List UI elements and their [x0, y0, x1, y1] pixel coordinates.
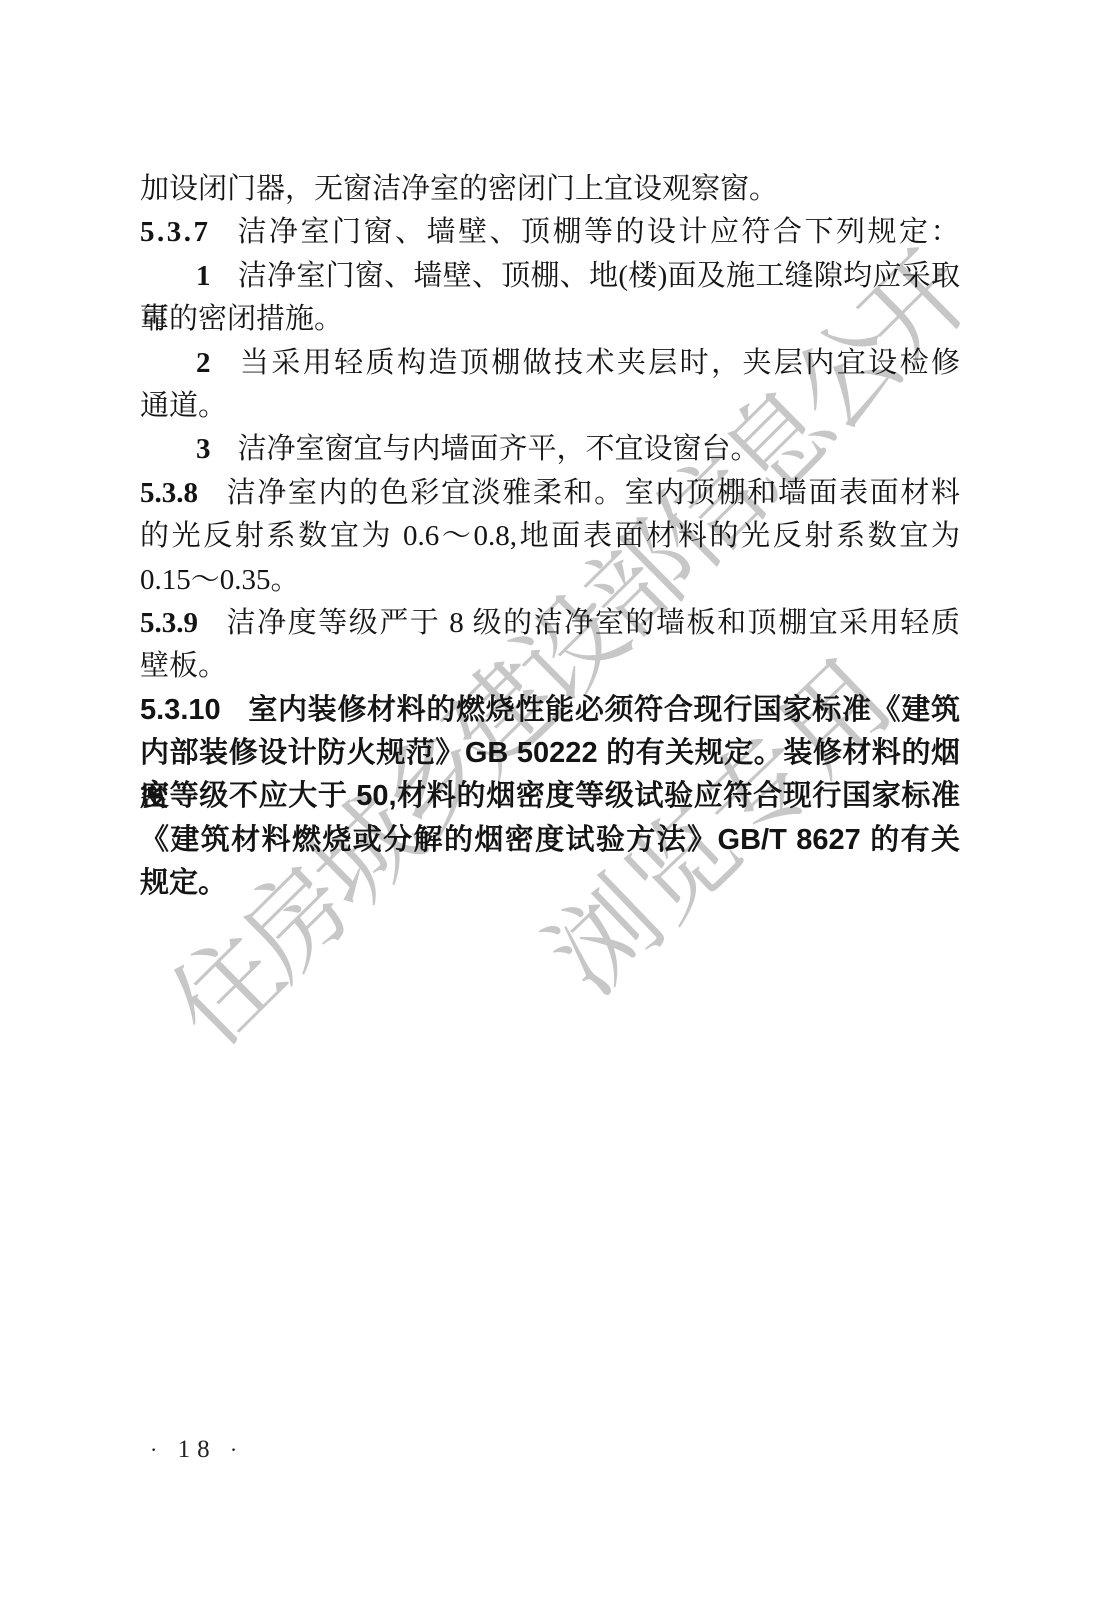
document-page: 住房城乡建设部信息公开 浏览专用 加设闭门器，无窗洁净室的密闭门上宜设观察窗。 …	[0, 0, 1099, 1598]
line-text: 度等级不应大于 50,材料的烟密度等级试验应符合现行国家标准	[140, 780, 960, 812]
line-text: 通道。	[140, 390, 227, 422]
list-item-2: 2当采用轻质构造顶棚做技术夹层时，夹层内宜设检修	[140, 342, 960, 385]
text-line-continuation-bold: 度等级不应大于 50,材料的烟密度等级试验应符合现行国家标准	[140, 775, 960, 818]
list-item-3: 3洁净室窗宜与内墙面齐平，不宜设窗台。	[140, 428, 960, 471]
line-text: 《建筑材料燃烧或分解的烟密度试验方法》GB/T 8627 的有关	[140, 824, 960, 856]
clause-5-3-10-mandatory: 5.3.10室内装修材料的燃烧性能必须符合现行国家标准《建筑	[140, 689, 960, 732]
text-line-continuation: 加设闭门器，无窗洁净室的密闭门上宜设观察窗。	[140, 168, 960, 211]
page-number-dot: ·	[230, 1437, 244, 1462]
body-text: 加设闭门器，无窗洁净室的密闭门上宜设观察窗。 5.3.7洁净室门窗、墙壁、顶棚等…	[140, 168, 960, 906]
line-text: 规定。	[140, 867, 227, 899]
clause-5-3-8: 5.3.8洁净室内的色彩宜淡雅柔和。室内顶棚和墙面表面材料	[140, 472, 960, 515]
text-line-continuation: 0.15～0.35。	[140, 559, 960, 602]
text-line-continuation: 的光反射系数宜为 0.6～0.8,地面表面材料的光反射系数宜为	[140, 515, 960, 558]
line-text: 靠的密闭措施。	[140, 303, 343, 335]
line-text: 当采用轻质构造顶棚做技术夹层时，夹层内宜设检修	[238, 347, 961, 379]
page-number: · 18 ·	[150, 1436, 244, 1464]
item-number: 2	[196, 347, 211, 379]
text-line-continuation: 通道。	[140, 385, 960, 428]
line-text: 洁净室门窗、墙壁、顶棚等的设计应符合下列规定：	[238, 216, 963, 248]
text-line-continuation: 靠的密闭措施。	[140, 298, 960, 341]
clause-number: 5.3.7	[140, 216, 211, 248]
line-text: 洁净室内的色彩宜淡雅柔和。室内顶棚和墙面表面材料	[225, 477, 960, 509]
line-text: 的光反射系数宜为 0.6～0.8,地面表面材料的光反射系数宜为	[140, 520, 960, 552]
line-text: 壁板。	[140, 650, 227, 682]
text-line-continuation: 壁板。	[140, 645, 960, 688]
clause-5-3-7: 5.3.7洁净室门窗、墙壁、顶棚等的设计应符合下列规定：	[140, 211, 960, 254]
text-line-continuation-bold: 《建筑材料燃烧或分解的烟密度试验方法》GB/T 8627 的有关	[140, 819, 960, 862]
line-text: 加设闭门器，无窗洁净室的密闭门上宜设观察窗。	[140, 173, 778, 205]
clause-number: 5.3.8	[140, 477, 198, 509]
list-item-1: 1洁净室门窗、墙壁、顶棚、地(楼)面及施工缝隙均应采取可	[140, 255, 960, 298]
page-number-dot: ·	[150, 1437, 164, 1462]
item-number: 3	[196, 433, 211, 465]
line-text: 洁净度等级严于 8 级的洁净室的墙板和顶棚宜采用轻质	[225, 607, 960, 639]
line-text: 0.15～0.35。	[140, 564, 300, 596]
clause-number: 5.3.10	[140, 694, 221, 726]
item-number: 1	[196, 260, 211, 292]
text-line-continuation-bold: 内部装修设计防火规范》GB 50222 的有关规定。装修材料的烟密	[140, 732, 960, 775]
text-line-continuation-bold: 规定。	[140, 862, 960, 905]
line-text: 洁净室窗宜与内墙面齐平，不宜设窗台。	[238, 433, 760, 465]
line-text: 室内装修材料的燃烧性能必须符合现行国家标准《建筑	[248, 694, 960, 726]
clause-number: 5.3.9	[140, 607, 198, 639]
clause-5-3-9: 5.3.9洁净度等级严于 8 级的洁净室的墙板和顶棚宜采用轻质	[140, 602, 960, 645]
page-number-value: 18	[178, 1436, 217, 1463]
